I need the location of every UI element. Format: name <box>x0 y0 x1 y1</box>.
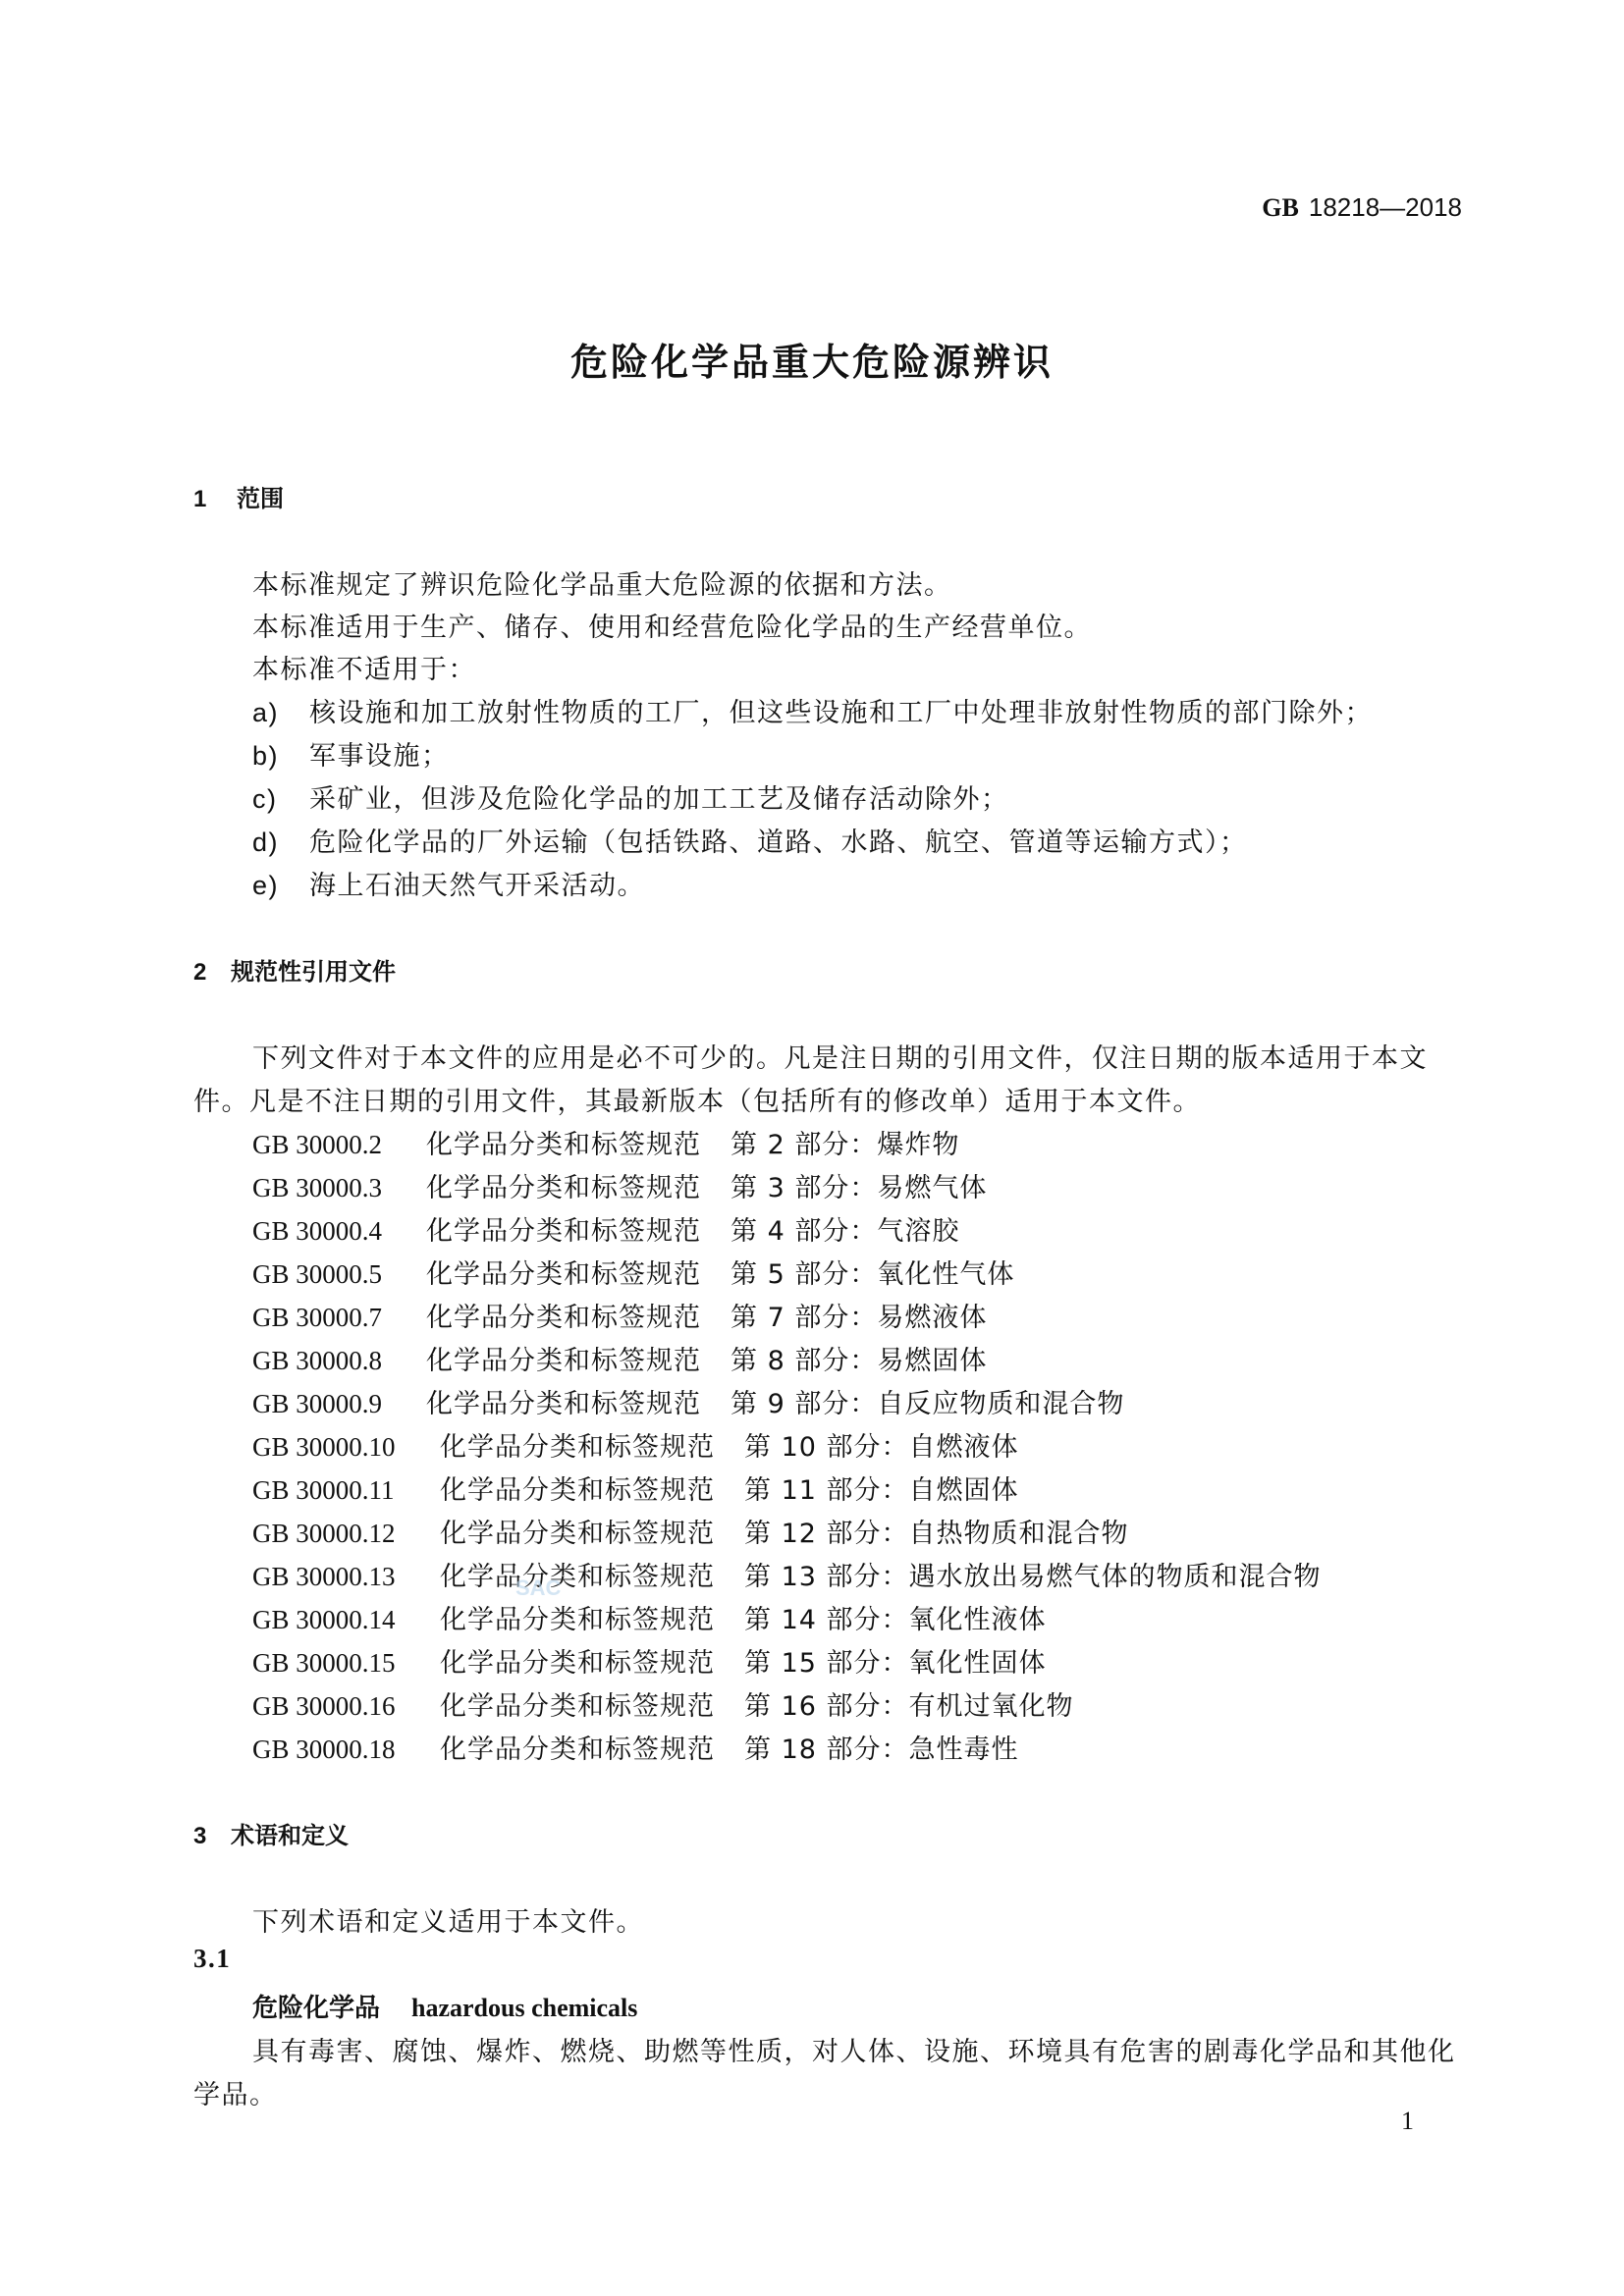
reference-name: 化学品分类和标签规范 <box>440 1562 715 1592</box>
reference-code: GB 30000.13 <box>252 1562 440 1592</box>
section-1-heading: 1范围 <box>193 479 284 513</box>
document-title: 危险化学品重大危险源辨识 <box>0 332 1624 386</box>
reference-code: GB 30000.18 <box>252 1735 440 1765</box>
reference-code: GB 30000.9 <box>252 1389 426 1419</box>
reference-code: GB 30000.14 <box>252 1605 440 1635</box>
reference-code: GB 30000.12 <box>252 1519 440 1549</box>
reference-part: 第 10 部分：自燃液体 <box>744 1432 1019 1463</box>
list-text: 海上石油天然气开采活动。 <box>309 871 645 901</box>
reference-name: 化学品分类和标签规范 <box>426 1389 701 1419</box>
list-text: 军事设施； <box>309 741 450 772</box>
reference-name: 化学品分类和标签规范 <box>440 1605 715 1635</box>
reference-part: 第 9 部分：自反应物质和混合物 <box>731 1389 1124 1419</box>
list-text: 核设施和加工放射性物质的工厂，但这些设施和工厂中处理非放射性物质的部门除外； <box>309 698 1373 728</box>
list-marker: c) <box>252 784 309 815</box>
section-2-heading: 2规范性引用文件 <box>193 952 396 987</box>
reference-item: GB 30000.16化学品分类和标签规范第 16 部分：有机过氧化物 <box>252 1684 1074 1723</box>
reference-part: 第 18 部分：急性毒性 <box>744 1735 1019 1765</box>
reference-part: 第 11 部分：自燃固体 <box>744 1475 1019 1506</box>
definition-line: 学品。 <box>193 2073 278 2111</box>
list-marker: b) <box>252 741 309 772</box>
reference-name: 化学品分类和标签规范 <box>426 1173 701 1203</box>
reference-item: GB 30000.9化学品分类和标签规范第 9 部分：自反应物质和混合物 <box>252 1382 1124 1420</box>
section-title: 范围 <box>237 485 284 512</box>
reference-code: GB 30000.15 <box>252 1648 440 1679</box>
paragraph: 下列术语和定义适用于本文件。 <box>252 1900 644 1939</box>
reference-code: GB 30000.2 <box>252 1130 426 1160</box>
term-number: 3.1 <box>193 1944 231 1974</box>
reference-name: 化学品分类和标签规范 <box>440 1475 715 1506</box>
reference-code: GB 30000.11 <box>252 1475 440 1506</box>
reference-part: 第 16 部分：有机过氧化物 <box>744 1691 1074 1722</box>
reference-part: 第 5 部分：氧化性气体 <box>731 1259 1014 1290</box>
reference-name: 化学品分类和标签规范 <box>426 1130 701 1160</box>
reference-name: 化学品分类和标签规范 <box>440 1691 715 1722</box>
reference-code: GB 30000.8 <box>252 1346 426 1376</box>
list-text: 危险化学品的厂外运输（包括铁路、道路、水路、航空、管道等运输方式）； <box>309 828 1248 858</box>
section-title: 规范性引用文件 <box>231 958 396 986</box>
list-item: b)军事设施； <box>252 734 450 773</box>
section-number: 1 <box>193 486 237 513</box>
reference-part: 第 15 部分：氧化性固体 <box>744 1648 1047 1679</box>
reference-item: GB 30000.14化学品分类和标签规范第 14 部分：氧化性液体 <box>252 1598 1047 1636</box>
list-item: d)危险化学品的厂外运输（包括铁路、道路、水路、航空、管道等运输方式）； <box>252 821 1248 859</box>
reference-name: 化学品分类和标签规范 <box>426 1259 701 1290</box>
reference-part: 第 14 部分：氧化性液体 <box>744 1605 1047 1635</box>
reference-part: 第 13 部分：遇水放出易燃气体的物质和混合物 <box>744 1562 1322 1592</box>
reference-item: GB 30000.12化学品分类和标签规范第 12 部分：自热物质和混合物 <box>252 1512 1129 1550</box>
section-number: 2 <box>193 959 231 987</box>
reference-item: GB 30000.7化学品分类和标签规范第 7 部分：易燃液体 <box>252 1296 987 1334</box>
page-number: 1 <box>1401 2107 1414 2136</box>
paragraph-line: 件。凡是不注日期的引用文件，其最新版本（包括所有的修改单）适用于本文件。 <box>193 1080 1201 1118</box>
paragraph-line: 下列文件对于本文件的应用是必不可少的。凡是注日期的引用文件，仅注日期的版本适用于… <box>252 1037 1428 1075</box>
term-en: hazardous chemicals <box>411 1994 637 2022</box>
section-3-heading: 3术语和定义 <box>193 1816 349 1850</box>
reference-name: 化学品分类和标签规范 <box>440 1735 715 1765</box>
reference-part: 第 12 部分：自热物质和混合物 <box>744 1519 1129 1549</box>
list-item: e)海上石油天然气开采活动。 <box>252 864 645 902</box>
list-marker: d) <box>252 828 309 858</box>
list-marker: a) <box>252 698 309 728</box>
definition-line: 具有毒害、腐蚀、爆炸、燃烧、助燃等性质，对人体、设施、环境具有危害的剧毒化学品和… <box>252 2030 1456 2068</box>
reference-code: GB 30000.10 <box>252 1432 440 1463</box>
reference-name: 化学品分类和标签规范 <box>426 1303 701 1333</box>
reference-item: GB 30000.4化学品分类和标签规范第 4 部分：气溶胶 <box>252 1209 959 1248</box>
reference-code: GB 30000.3 <box>252 1173 426 1203</box>
reference-part: 第 3 部分：易燃气体 <box>731 1173 987 1203</box>
watermark: SAC <box>515 1575 561 1601</box>
reference-item: GB 30000.18化学品分类和标签规范第 18 部分：急性毒性 <box>252 1728 1019 1766</box>
standard-code: GB18218—2018 <box>1262 192 1462 223</box>
reference-part: 第 4 部分：气溶胶 <box>731 1216 959 1247</box>
reference-code: GB 30000.7 <box>252 1303 426 1333</box>
standard-number: 18218—2018 <box>1309 192 1462 222</box>
list-text: 采矿业，但涉及危险化学品的加工工艺及储存活动除外； <box>309 784 1009 815</box>
reference-item: GB 30000.15化学品分类和标签规范第 15 部分：氧化性固体 <box>252 1641 1047 1680</box>
reference-part: 第 2 部分：爆炸物 <box>731 1130 959 1160</box>
term-zh: 危险化学品 <box>252 1994 380 2023</box>
reference-code: GB 30000.16 <box>252 1691 440 1722</box>
list-item: c)采矿业，但涉及危险化学品的加工工艺及储存活动除外； <box>252 777 1009 816</box>
reference-name: 化学品分类和标签规范 <box>440 1432 715 1463</box>
reference-item: GB 30000.2化学品分类和标签规范第 2 部分：爆炸物 <box>252 1123 959 1161</box>
reference-item: GB 30000.8化学品分类和标签规范第 8 部分：易燃固体 <box>252 1339 987 1377</box>
paragraph: 本标准适用于生产、储存、使用和经营危险化学品的生产经营单位。 <box>252 606 1092 644</box>
reference-code: GB 30000.4 <box>252 1216 426 1247</box>
section-number: 3 <box>193 1823 231 1850</box>
reference-item: GB 30000.10化学品分类和标签规范第 10 部分：自燃液体 <box>252 1425 1019 1464</box>
reference-item: GB 30000.3化学品分类和标签规范第 3 部分：易燃气体 <box>252 1166 987 1204</box>
reference-part: 第 7 部分：易燃液体 <box>731 1303 987 1333</box>
reference-name: 化学品分类和标签规范 <box>426 1216 701 1247</box>
paragraph: 本标准规定了辨识危险化学品重大危险源的依据和方法。 <box>252 563 952 602</box>
section-title: 术语和定义 <box>231 1822 349 1849</box>
reference-name: 化学品分类和标签规范 <box>426 1346 701 1376</box>
list-marker: e) <box>252 871 309 901</box>
list-item: a)核设施和加工放射性物质的工厂，但这些设施和工厂中处理非放射性物质的部门除外； <box>252 691 1373 729</box>
reference-item: GB 30000.13化学品分类和标签规范第 13 部分：遇水放出易燃气体的物质… <box>252 1555 1322 1593</box>
reference-item: GB 30000.11化学品分类和标签规范第 11 部分：自燃固体 <box>252 1468 1019 1507</box>
reference-part: 第 8 部分：易燃固体 <box>731 1346 987 1376</box>
reference-name: 化学品分类和标签规范 <box>440 1648 715 1679</box>
reference-code: GB 30000.5 <box>252 1259 426 1290</box>
paragraph: 本标准不适用于： <box>252 648 476 686</box>
reference-item: GB 30000.5化学品分类和标签规范第 5 部分：氧化性气体 <box>252 1253 1014 1291</box>
standard-prefix: GB <box>1262 193 1299 222</box>
reference-name: 化学品分类和标签规范 <box>440 1519 715 1549</box>
term-heading: 危险化学品hazardous chemicals <box>252 1988 637 2024</box>
